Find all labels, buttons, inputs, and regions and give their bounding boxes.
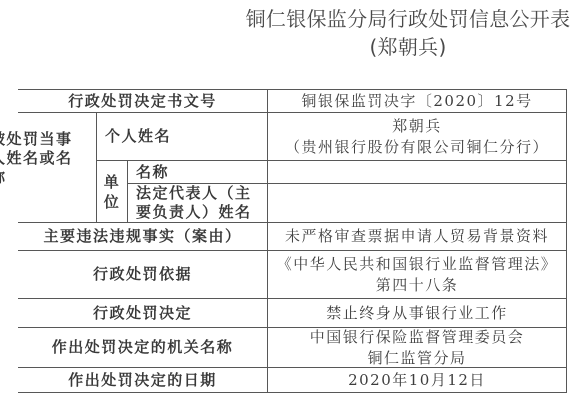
basis-label: 行政处罚依据 bbox=[18, 251, 268, 299]
date-label: 作出处罚决定的日期 bbox=[18, 368, 268, 393]
authority-value: 中国银行保险监督管理委员会 铜仁监管分局 bbox=[268, 328, 567, 368]
personal-name-value-line2: （贵州银行股份有限公司铜仁分行） bbox=[285, 137, 549, 158]
personal-name-value: 郑朝兵 （贵州银行股份有限公司铜仁分行） bbox=[268, 113, 567, 161]
basis-value: 《中华人民共和国银行业监督管理法》 第四十八条 bbox=[268, 251, 567, 299]
page-title: 铜仁银保监分局行政处罚信息公开表 (郑朝兵) bbox=[240, 5, 576, 61]
doc-number-label: 行政处罚决定书文号 bbox=[18, 90, 268, 113]
party-name-label: 被处罚当事人姓名或名称 bbox=[0, 130, 74, 187]
legal-rep-value bbox=[268, 184, 567, 223]
authority-value-line1: 中国银行保险监督管理委员会 bbox=[310, 327, 525, 348]
basis-value-line2: 第四十八条 bbox=[376, 275, 459, 296]
penalty-disclosure-page: 铜仁银保监分局行政处罚信息公开表 (郑朝兵) 行政处罚决定书文号 铜银保监罚决字… bbox=[0, 0, 576, 396]
doc-number-value: 铜银保监罚决字〔2020〕12号 bbox=[268, 90, 567, 113]
page-title-line1: 铜仁银保监分局行政处罚信息公开表 bbox=[240, 5, 576, 33]
personal-name-value-line1: 郑朝兵 bbox=[392, 116, 442, 137]
date-value: 2020年10月12日 bbox=[268, 368, 567, 393]
personal-name-label: 个人姓名 bbox=[97, 113, 268, 161]
decision-label: 行政处罚决定 bbox=[18, 299, 268, 328]
unit-cell: 单位 bbox=[97, 161, 128, 223]
party-name-cell: 被处罚当事人姓名或名称 bbox=[18, 113, 97, 223]
authority-label: 作出处罚决定的机关名称 bbox=[18, 328, 268, 368]
basis-value-line1: 《中华人民共和国银行业监督管理法》 bbox=[277, 254, 558, 275]
authority-value-line2: 铜仁监管分局 bbox=[367, 348, 466, 369]
legal-rep-label: 法定代表人（主要负责人）姓名 bbox=[128, 184, 268, 223]
unit-name-value bbox=[268, 161, 567, 184]
decision-value: 禁止终身从事银行业工作 bbox=[268, 299, 567, 328]
page-title-line2: (郑朝兵) bbox=[240, 33, 576, 61]
facts-value: 未严格审查票据申请人贸易背景资料 bbox=[268, 223, 567, 251]
unit-name-label: 名称 bbox=[128, 161, 268, 184]
unit-label: 单位 bbox=[103, 172, 121, 212]
facts-label: 主要违法违规事实（案由） bbox=[18, 223, 268, 251]
penalty-table: 行政处罚决定书文号 铜银保监罚决字〔2020〕12号 被处罚当事人姓名或名称 个… bbox=[18, 89, 567, 393]
